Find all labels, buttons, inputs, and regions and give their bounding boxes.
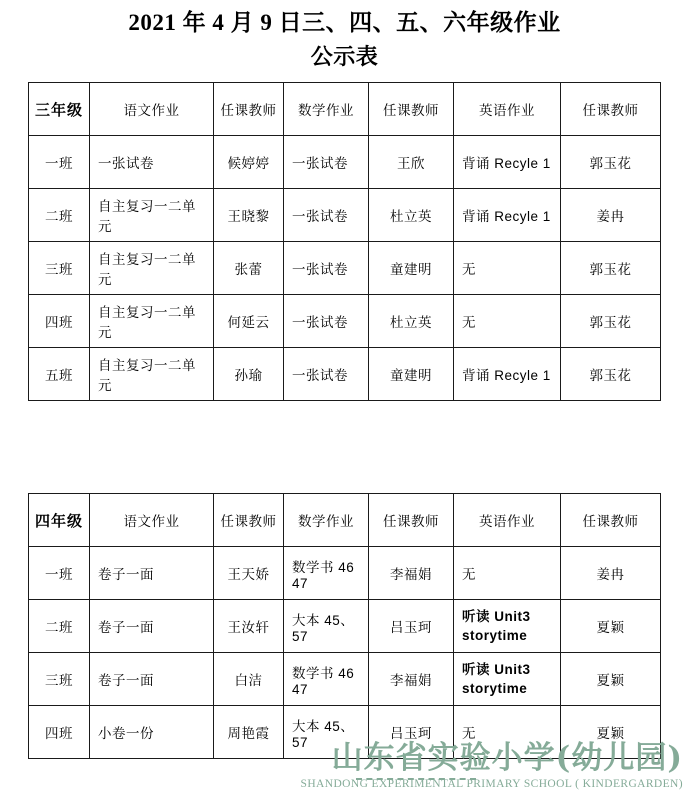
chinese-teacher-cell: 候婷婷 <box>214 136 284 189</box>
math-homework-cell: 一张试卷 <box>284 295 369 348</box>
english-homework-cell: 背诵 Recyle 1 <box>454 348 561 401</box>
math-homework-cell: 一张试卷 <box>284 136 369 189</box>
english-homework-cell: 无 <box>454 547 561 600</box>
english-homework-cell: 背诵 Recyle 1 <box>454 189 561 242</box>
class-cell: 三班 <box>29 653 90 706</box>
english-homework-cell: 背诵 Recyle 1 <box>454 136 561 189</box>
column-header-math-homework: 数学作业 <box>284 494 369 547</box>
page-title: 2021 年 4 月 9 日三、四、五、六年级作业 公示表 <box>0 0 689 74</box>
english-teacher-cell: 姜冉 <box>561 547 661 600</box>
math-homework-cell: 数学书 46 47 <box>284 653 369 706</box>
column-header-english-teacher: 任课教师 <box>561 494 661 547</box>
table-row: 三班自主复习一二单元张蕾一张试卷童建明无郭玉花 <box>29 242 661 295</box>
chinese-homework-cell: 自主复习一二单元 <box>90 242 214 295</box>
chinese-homework-cell: 自主复习一二单元 <box>90 348 214 401</box>
column-header-math-teacher: 任课教师 <box>369 83 454 136</box>
chinese-homework-cell: 小卷一份 <box>90 706 214 759</box>
column-header-chinese-teacher: 任课教师 <box>214 83 284 136</box>
english-teacher-cell: 郭玉花 <box>561 242 661 295</box>
math-homework-cell: 一张试卷 <box>284 242 369 295</box>
table-row: 二班卷子一面王汝轩大本 45、57吕玉珂听读 Unit3 storytime夏颖 <box>29 600 661 653</box>
math-homework-cell: 大本 45、57 <box>284 600 369 653</box>
math-teacher-cell: 童建明 <box>369 242 454 295</box>
math-teacher-cell: 李福娟 <box>369 653 454 706</box>
grade-label: 四年级 <box>29 494 90 547</box>
chinese-teacher-cell: 周艳霞 <box>214 706 284 759</box>
chinese-teacher-cell: 王汝轩 <box>214 600 284 653</box>
grade3-homework-table: 三年级 语文作业 任课教师 数学作业 任课教师 英语作业 任课教师 一班一张试卷… <box>28 82 661 401</box>
chinese-teacher-cell: 张蕾 <box>214 242 284 295</box>
page-title-line1: 2021 年 4 月 9 日三、四、五、六年级作业 <box>128 10 560 35</box>
document-page: 2021 年 4 月 9 日三、四、五、六年级作业 公示表 三年级 语文作业 任… <box>0 0 689 800</box>
header-row: 四年级 语文作业 任课教师 数学作业 任课教师 英语作业 任课教师 <box>29 494 661 547</box>
column-header-chinese-homework: 语文作业 <box>90 83 214 136</box>
table-row: 一班卷子一面王天娇数学书 46 47李福娟无姜冉 <box>29 547 661 600</box>
logo-underline-dashes <box>356 778 476 780</box>
table-row: 三班卷子一面白洁数学书 46 47李福娟听读 Unit3 storytime夏颖 <box>29 653 661 706</box>
class-cell: 五班 <box>29 348 90 401</box>
table-row: 五班自主复习一二单元孙瑜一张试卷童建明背诵 Recyle 1郭玉花 <box>29 348 661 401</box>
english-homework-cell: 无 <box>454 242 561 295</box>
table-row: 一班一张试卷候婷婷一张试卷王欣背诵 Recyle 1郭玉花 <box>29 136 661 189</box>
math-teacher-cell: 童建明 <box>369 348 454 401</box>
english-teacher-cell: 夏颖 <box>561 600 661 653</box>
math-homework-cell: 一张试卷 <box>284 189 369 242</box>
chinese-homework-cell: 自主复习一二单元 <box>90 189 214 242</box>
class-cell: 一班 <box>29 136 90 189</box>
english-teacher-cell: 郭玉花 <box>561 295 661 348</box>
school-logo: 山东省实验小学(幼儿园) SHANDONG EXPERIMENTAL PRIMA… <box>301 740 683 792</box>
math-teacher-cell: 王欣 <box>369 136 454 189</box>
chinese-teacher-cell: 白洁 <box>214 653 284 706</box>
english-teacher-cell: 夏颖 <box>561 653 661 706</box>
math-teacher-cell: 杜立英 <box>369 295 454 348</box>
table-row: 二班自主复习一二单元王晓黎一张试卷杜立英背诵 Recyle 1姜冉 <box>29 189 661 242</box>
grade4-homework-table: 四年级 语文作业 任课教师 数学作业 任课教师 英语作业 任课教师 一班卷子一面… <box>28 493 661 759</box>
column-header-chinese-homework: 语文作业 <box>90 494 214 547</box>
chinese-teacher-cell: 王晓黎 <box>214 189 284 242</box>
column-header-math-teacher: 任课教师 <box>369 494 454 547</box>
english-teacher-cell: 姜冉 <box>561 189 661 242</box>
class-cell: 四班 <box>29 295 90 348</box>
school-logo-chinese: 山东省实验小学(幼儿园) <box>301 740 683 776</box>
chinese-homework-cell: 卷子一面 <box>90 547 214 600</box>
math-teacher-cell: 杜立英 <box>369 189 454 242</box>
chinese-teacher-cell: 王天娇 <box>214 547 284 600</box>
chinese-homework-cell: 一张试卷 <box>90 136 214 189</box>
column-header-english-homework: 英语作业 <box>454 494 561 547</box>
grade-label: 三年级 <box>29 83 90 136</box>
math-homework-cell: 一张试卷 <box>284 348 369 401</box>
math-teacher-cell: 吕玉珂 <box>369 600 454 653</box>
english-homework-cell: 听读 Unit3 storytime <box>454 600 561 653</box>
page-title-line2: 公示表 <box>311 44 379 69</box>
english-teacher-cell: 郭玉花 <box>561 136 661 189</box>
column-header-math-homework: 数学作业 <box>284 83 369 136</box>
class-cell: 四班 <box>29 706 90 759</box>
class-cell: 二班 <box>29 189 90 242</box>
class-cell: 三班 <box>29 242 90 295</box>
chinese-teacher-cell: 何延云 <box>214 295 284 348</box>
column-header-english-teacher: 任课教师 <box>561 83 661 136</box>
class-cell: 二班 <box>29 600 90 653</box>
math-teacher-cell: 李福娟 <box>369 547 454 600</box>
column-header-english-homework: 英语作业 <box>454 83 561 136</box>
header-row: 三年级 语文作业 任课教师 数学作业 任课教师 英语作业 任课教师 <box>29 83 661 136</box>
math-homework-cell: 数学书 46 47 <box>284 547 369 600</box>
english-homework-cell: 听读 Unit3 storytime <box>454 653 561 706</box>
chinese-homework-cell: 卷子一面 <box>90 600 214 653</box>
class-cell: 一班 <box>29 547 90 600</box>
chinese-homework-cell: 自主复习一二单元 <box>90 295 214 348</box>
english-homework-cell: 无 <box>454 295 561 348</box>
column-header-chinese-teacher: 任课教师 <box>214 494 284 547</box>
chinese-teacher-cell: 孙瑜 <box>214 348 284 401</box>
table-row: 四班自主复习一二单元何延云一张试卷杜立英无郭玉花 <box>29 295 661 348</box>
english-teacher-cell: 郭玉花 <box>561 348 661 401</box>
chinese-homework-cell: 卷子一面 <box>90 653 214 706</box>
